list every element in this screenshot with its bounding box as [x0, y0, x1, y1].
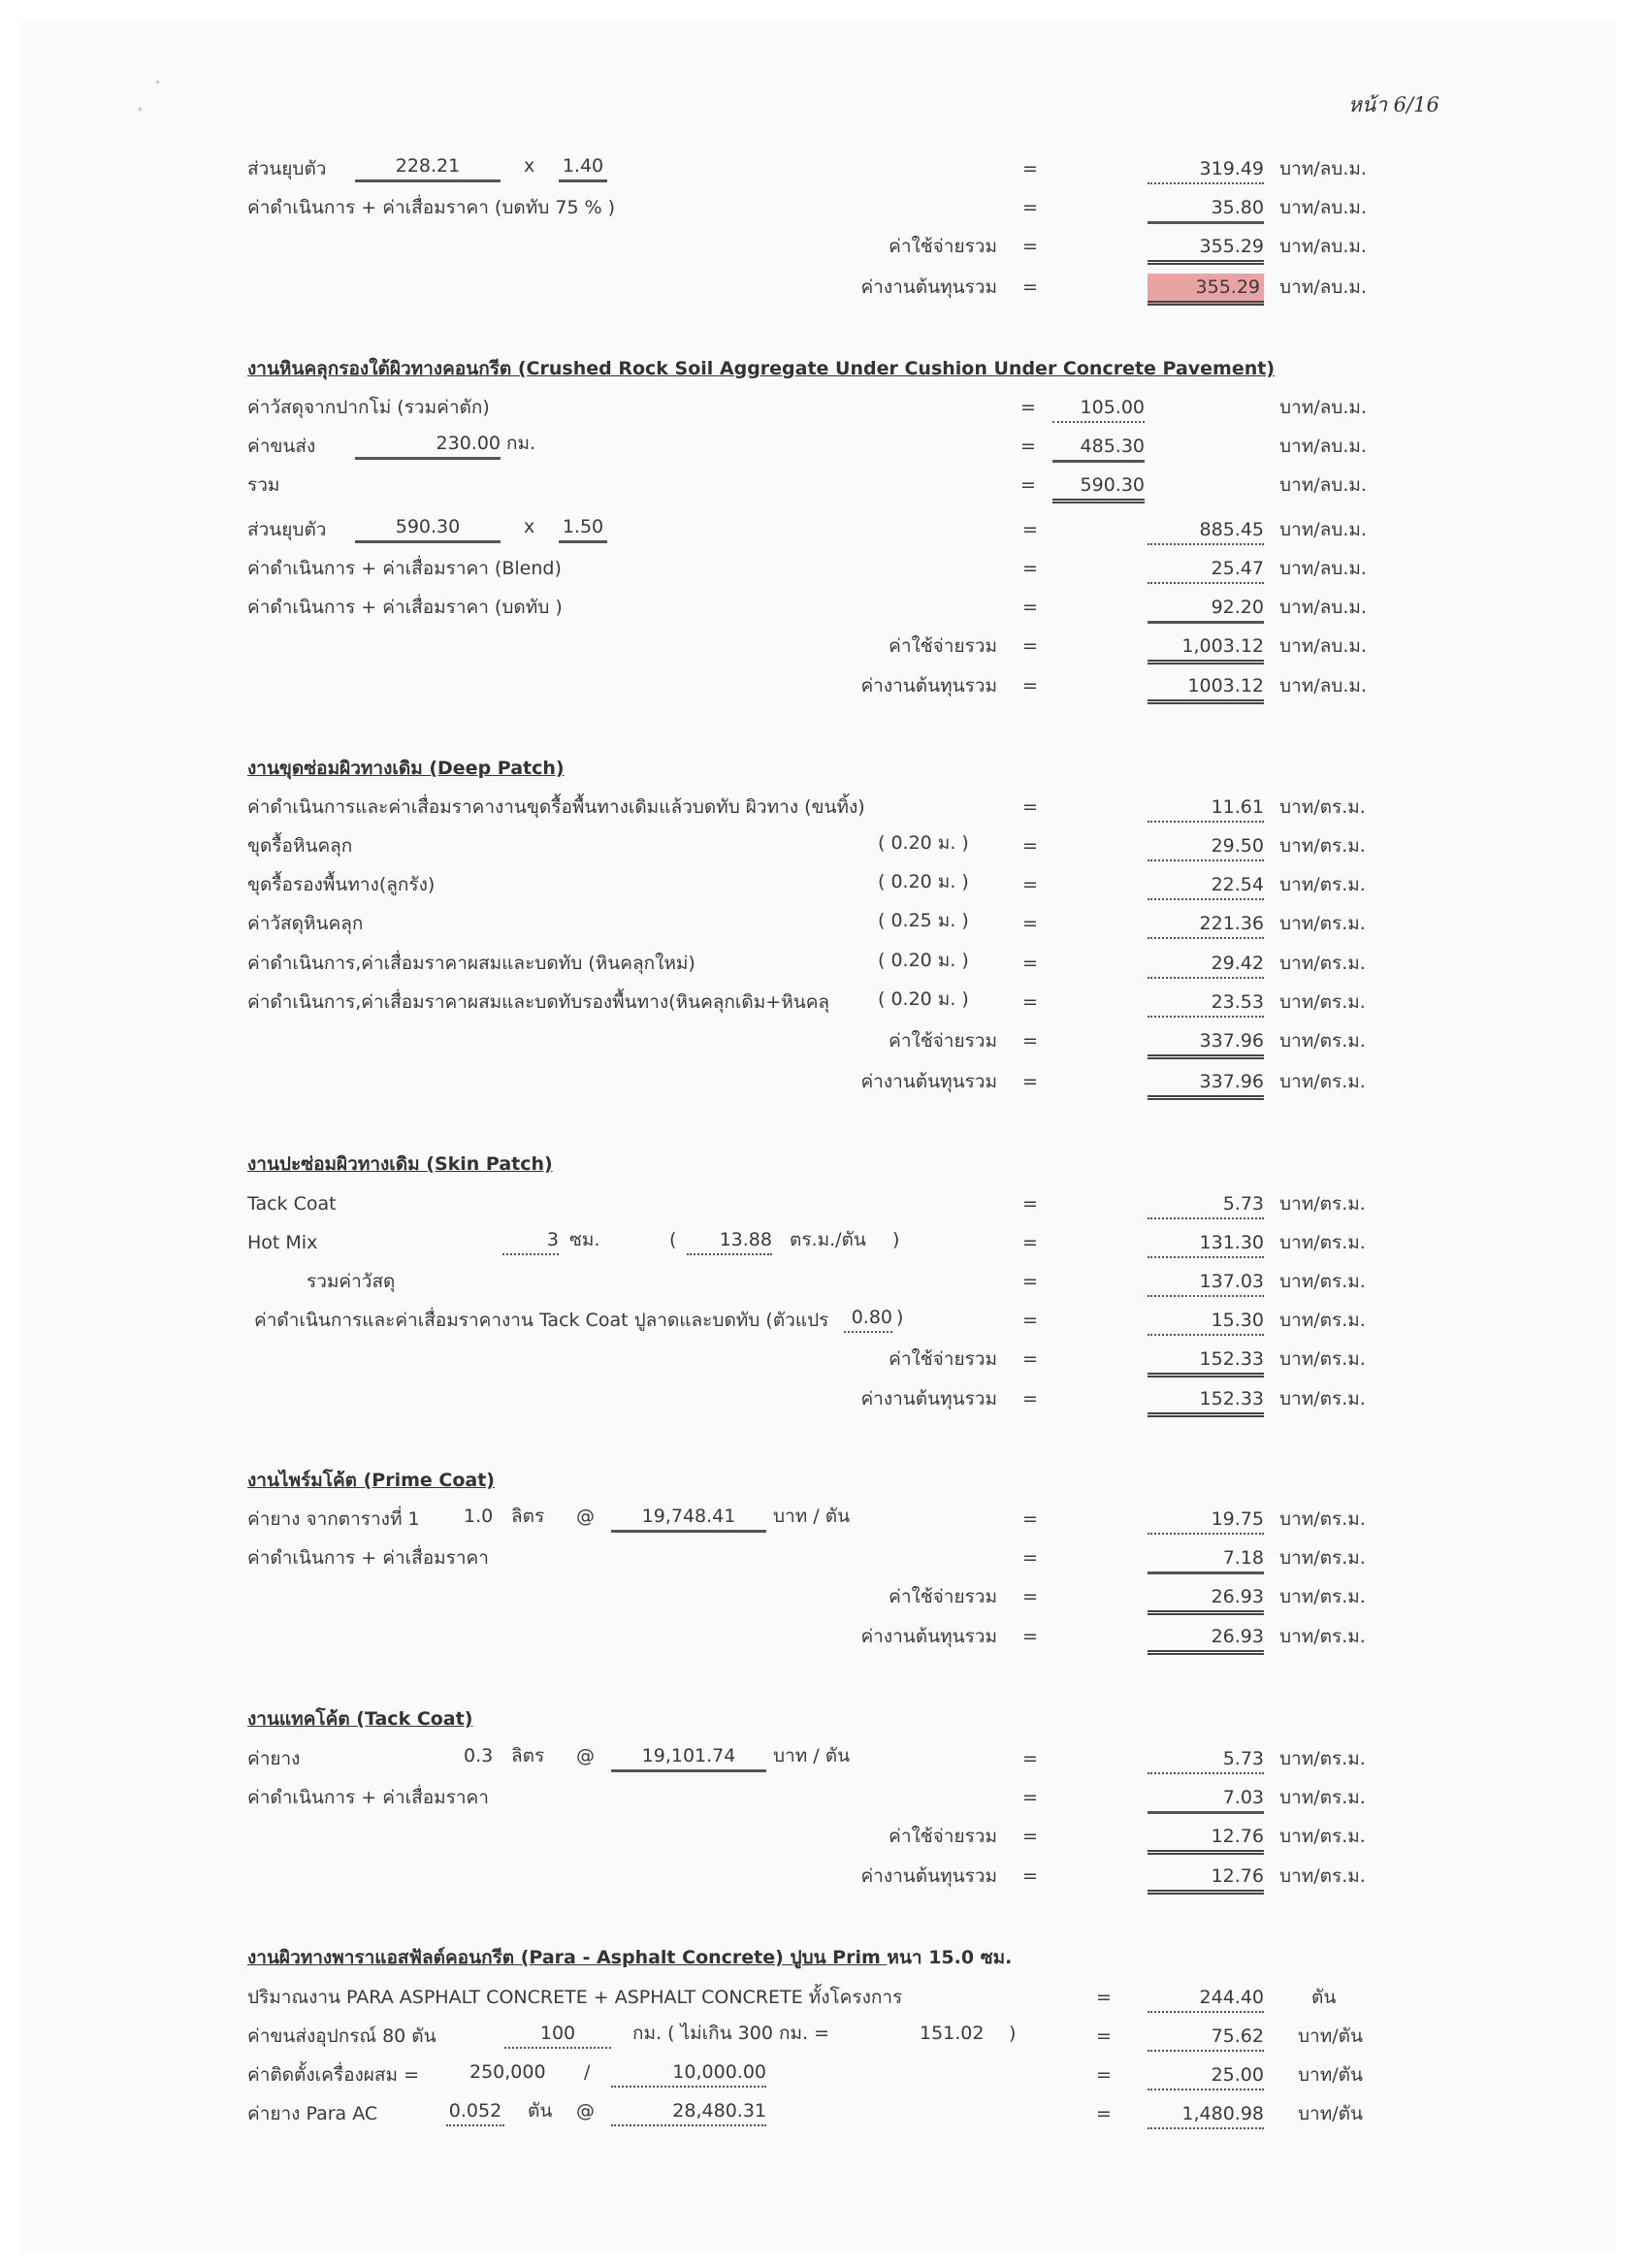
row-value: 11.61 — [1148, 794, 1264, 823]
row-unit: บาท/ลบ.ม. — [1279, 591, 1367, 624]
row-unit: บาท/ลบ.ม. — [1279, 552, 1367, 585]
distance-value: 230.00 — [355, 430, 501, 460]
operator: x — [524, 152, 534, 179]
equals-sign: = — [1022, 191, 1038, 224]
thickness-note: หนา 15.0 ซม. — [887, 1943, 1012, 1972]
equals-sign: = — [1022, 513, 1038, 546]
row-operation-cost: ค่าดำเนินการ + ค่าเสื่อมราคา (บดทับ 75 %… — [0, 191, 1649, 224]
row-value: 485.30 — [1052, 433, 1145, 463]
row-unit: บาท/ตร.ม. — [1279, 1860, 1366, 1893]
row-value: 25.00 — [1148, 2061, 1264, 2090]
row-total-cost: ค่างานต้นทุนรวม = 26.93 บาท/ตร.ม. — [0, 1620, 1649, 1653]
row-value: 5.73 — [1148, 1745, 1264, 1774]
depth-value: ( 0.25 ม. ) — [878, 907, 969, 934]
row-label: รวมค่าวัสดุ — [307, 1265, 395, 1298]
row-value: 22.54 — [1148, 871, 1264, 900]
row-unit: บาท/ลบ.ม. — [1279, 191, 1367, 224]
row-label: ค่าดำเนินการ,ค่าเสื่อมราคาผสมและบดทับรอง… — [247, 986, 829, 1019]
row-compaction: ส่วนยุบตัว 228.21 x 1.40 = 319.49 บาท/ลบ… — [0, 152, 1649, 185]
row-value: 137.03 — [1148, 1268, 1264, 1297]
scan-mark: ﾞ — [155, 78, 162, 97]
row-unit: บาท/ลบ.ม. — [1279, 430, 1367, 463]
row-label: ค่ายาง — [247, 1742, 300, 1775]
equals-sign: = — [1022, 947, 1038, 980]
row-value: 29.50 — [1148, 832, 1264, 861]
row-value: 92.20 — [1148, 594, 1264, 624]
row-excavation-surface: ค่าดำเนินการและค่าเสื่อมราคางานขุดรื้อพื… — [0, 791, 1649, 824]
row-blend-cost: ค่าดำเนินการ + ค่าเสื่อมราคา (Blend) = 2… — [0, 552, 1649, 585]
input-value-a: 228.21 — [355, 152, 501, 182]
paren: ) — [896, 1304, 903, 1331]
row-unit: บาท/ลบ.ม. — [1279, 271, 1367, 304]
row-value: 26.93 — [1148, 1623, 1264, 1655]
row-unit: บาท/ตร.ม. — [1279, 947, 1366, 980]
row-unit: บาท/ตร.ม. — [1279, 1503, 1366, 1536]
row-value: 337.96 — [1148, 1068, 1264, 1100]
quantity-unit: ลิตร — [511, 1503, 544, 1530]
equals-sign: = — [1020, 469, 1036, 502]
row-value: 244.40 — [1148, 1984, 1264, 2013]
row-unit: บาท/ลบ.ม. — [1279, 630, 1367, 663]
row-label: ค่าติดตั้งเครื่องผสม = — [247, 2058, 419, 2091]
row-label: ค่าขนส่งอุปกรณ์ 80 ตัน — [247, 2020, 436, 2053]
paren: ) — [892, 1226, 899, 1253]
section-title-tack-coat: งานแทคโค้ต (Tack Coat) — [247, 1704, 472, 1733]
row-crushed-rock-material: ค่าวัสดุหินคลุก ( 0.25 ม. ) = 221.36 บาท… — [0, 907, 1649, 940]
unit-price: 19,101.74 — [611, 1742, 766, 1772]
operator: x — [524, 513, 534, 540]
row-label: Tack Coat — [247, 1187, 337, 1220]
distance-note: กม. ( ไม่เกิน 300 กม. = — [632, 2020, 829, 2047]
row-unit: บาท/ตัน — [1298, 2058, 1363, 2091]
row-unit: บาท/ลบ.ม. — [1279, 152, 1367, 185]
paren: ) — [1009, 2020, 1016, 2047]
row-value: 319.49 — [1148, 155, 1264, 184]
row-unit: บาท/ตร.ม. — [1279, 1304, 1366, 1337]
price-unit: บาท / ตัน — [773, 1742, 850, 1769]
row-value: 885.45 — [1148, 516, 1264, 545]
price-unit: บาท / ตัน — [773, 1503, 850, 1530]
row-asphalt-cost: ค่ายาง จากตารางที่ 1 1.0 ลิตร @ 19,748.4… — [0, 1503, 1649, 1536]
row-total-cost: ค่างานต้นทุนรวม = 337.96 บาท/ตร.ม. — [0, 1065, 1649, 1098]
equals-sign: = — [1022, 1343, 1038, 1376]
depth-value: ( 0.20 ม. ) — [878, 986, 969, 1013]
row-unit: บาท/ตร.ม. — [1279, 868, 1366, 901]
section-title-prime-coat: งานไพร์มโค้ต (Prime Coat) — [247, 1466, 495, 1495]
equals-sign: = — [1022, 1226, 1038, 1259]
thickness-unit: ซม. — [569, 1226, 599, 1253]
equals-sign: = — [1096, 1981, 1112, 2014]
row-label: ค่าใช้จ่ายรวม — [889, 1580, 997, 1613]
row-label: ส่วนยุบตัว — [247, 152, 326, 185]
row-unit: บาท/ตัน — [1298, 2097, 1363, 2130]
row-unit: บาท/ตร.ม. — [1279, 907, 1366, 940]
row-mixer-setup: ค่าติดตั้งเครื่องผสม = 250,000 / 10,000.… — [0, 2058, 1649, 2091]
row-label: ส่วนยุบตัว — [247, 513, 326, 546]
row-tack-coat: Tack Coat = 5.73 บาท/ตร.ม. — [0, 1187, 1649, 1220]
quantity-unit: ตัน — [528, 2097, 552, 2124]
row-total-cost: ค่างานต้นทุนรวม = 355.29 บาท/ลบ.ม. — [0, 271, 1649, 304]
row-unit: บาท/ลบ.ม. — [1279, 230, 1367, 263]
row-total-expense: ค่าใช้จ่ายรวม = 1,003.12 บาท/ลบ.ม. — [0, 630, 1649, 663]
row-label: ขุดรื้อรองพื้นทาง(ลูกรัง) — [247, 868, 435, 901]
row-transport-cost: ค่าขนส่ง 230.00 กม. = 485.30 บาท/ลบ.ม. — [0, 430, 1649, 463]
row-value: 221.36 — [1148, 910, 1264, 939]
depth-value: ( 0.20 ม. ) — [878, 829, 969, 857]
row-unit: บาท/ลบ.ม. — [1279, 513, 1367, 546]
at-sign: @ — [576, 1503, 595, 1530]
equals-sign: = — [1022, 1860, 1038, 1893]
row-material-subtotal: รวมค่าวัสดุ = 137.03 บาท/ตร.ม. — [0, 1265, 1649, 1298]
section-title-text: งานผิวทางพาราแอสฟัลต์คอนกรีต (Para - Asp… — [247, 1947, 881, 1968]
row-label: ค่างานต้นทุนรวม — [860, 1382, 997, 1415]
equals-sign: = — [1022, 791, 1038, 824]
equals-sign: = — [1022, 1187, 1038, 1220]
row-value: 355.29 — [1148, 233, 1264, 265]
row-unit: บาท/ตร.ม. — [1279, 1065, 1366, 1098]
equals-sign: = — [1022, 1580, 1038, 1613]
equals-sign: = — [1020, 430, 1036, 463]
row-value: 7.18 — [1148, 1544, 1264, 1574]
row-total-cost: ค่างานต้นทุนรวม = 1003.12 บาท/ลบ.ม. — [0, 669, 1649, 702]
row-value: 7.03 — [1148, 1784, 1264, 1814]
row-value: 35.80 — [1148, 194, 1264, 224]
row-label: ค่าใช้จ่ายรวม — [889, 630, 997, 663]
quantity-value: 1.0 — [464, 1503, 493, 1530]
row-unit: บาท/ตร.ม. — [1279, 1820, 1366, 1853]
quantity-value: 0.3 — [464, 1742, 493, 1769]
row-value: 75.62 — [1148, 2023, 1264, 2052]
section-title-crushed-rock: งานหินคลุกรองใต้ผิวทางคอนกรีต (Crushed R… — [247, 354, 1275, 383]
row-label: ค่าวัสดุหินคลุก — [247, 907, 363, 940]
row-tack-coat-operation: ค่าดำเนินการและค่าเสื่อมราคางาน Tack Coa… — [0, 1304, 1649, 1337]
depth-value: ( 0.20 ม. ) — [878, 947, 969, 974]
row-label: ค่าดำเนินการ,ค่าเสื่อมราคาผสมและบดทับ (ห… — [247, 947, 695, 980]
row-label: ค่าขนส่ง — [247, 430, 315, 463]
at-sign: @ — [576, 1742, 595, 1769]
factor-value: 0.80 — [844, 1304, 892, 1333]
unit-price: 19,748.41 — [611, 1503, 766, 1533]
row-label: รวม — [247, 469, 279, 502]
row-excavate-crushed-rock: ขุดรื้อหินคลุก ( 0.20 ม. ) = 29.50 บาท/ต… — [0, 829, 1649, 862]
section-title-para-ac: งานผิวทางพาราแอสฟัลต์คอนกรีต (Para - Asp… — [247, 1943, 1012, 1972]
row-value: 15.30 — [1148, 1307, 1264, 1336]
row-unit: บาท/ตร.ม. — [1279, 1343, 1366, 1376]
row-unit: บาท/ตร.ม. — [1279, 1024, 1366, 1057]
row-mix-compact-new: ค่าดำเนินการ,ค่าเสื่อมราคาผสมและบดทับ (ห… — [0, 947, 1649, 980]
row-unit: บาท/ตร.ม. — [1279, 1742, 1366, 1775]
row-total-expense: ค่าใช้จ่ายรวม = 152.33 บาท/ตร.ม. — [0, 1343, 1649, 1376]
row-value: 152.33 — [1148, 1345, 1264, 1377]
row-unit: บาท/ลบ.ม. — [1279, 669, 1367, 702]
row-label: ค่าดำเนินการและค่าเสื่อมราคางานขุดรื้อพื… — [247, 791, 865, 824]
row-equipment-transport: ค่าขนส่งอุปกรณ์ 80 ตัน 100 กม. ( ไม่เกิน… — [0, 2020, 1649, 2053]
coverage-value: 13.88 — [687, 1226, 772, 1255]
row-value: 131.30 — [1148, 1229, 1264, 1258]
input-value-a: 590.30 — [355, 513, 501, 543]
equals-sign: = — [1022, 1541, 1038, 1574]
equals-sign: = — [1022, 1820, 1038, 1853]
page-number: หน้า 6/16 — [1348, 89, 1439, 121]
equals-sign: = — [1022, 230, 1038, 263]
row-value: 105.00 — [1052, 394, 1145, 423]
max-cost-value: 151.02 — [920, 2020, 984, 2047]
row-subtotal: รวม = 590.30 บาท/ลบ.ม. — [0, 469, 1649, 502]
row-total-expense: ค่าใช้จ่ายรวม = 26.93 บาท/ตร.ม. — [0, 1580, 1649, 1613]
row-value: 26.93 — [1148, 1583, 1264, 1615]
row-label: ปริมาณงาน PARA ASPHALT CONCRETE + ASPHAL… — [247, 1981, 902, 2014]
equals-sign: = — [1022, 829, 1038, 862]
row-compaction-cost: ค่าดำเนินการ + ค่าเสื่อมราคา (บดทับ ) = … — [0, 591, 1649, 624]
equals-sign: = — [1022, 986, 1038, 1019]
row-label: ค่าดำเนินการและค่าเสื่อมราคางาน Tack Coa… — [254, 1304, 828, 1337]
row-value: 25.47 — [1148, 555, 1264, 584]
equals-sign: = — [1022, 1781, 1038, 1814]
row-label: ค่ายาง จากตารางที่ 1 — [247, 1503, 420, 1536]
scan-mark: ﾞ — [138, 105, 145, 124]
row-unit: บาท/ตร.ม. — [1279, 1187, 1366, 1220]
section-title-deep-patch: งานขุดซ่อมผิวทางเดิม (Deep Patch) — [247, 754, 565, 783]
row-value: 152.33 — [1148, 1385, 1264, 1417]
row-value: 337.96 — [1148, 1027, 1264, 1059]
row-unit: บาท/ตร.ม. — [1279, 1620, 1366, 1653]
row-label: ค่าดำเนินการ + ค่าเสื่อมราคา — [247, 1781, 489, 1814]
equals-sign: = — [1022, 630, 1038, 663]
equals-sign: = — [1022, 868, 1038, 901]
row-value: 29.42 — [1148, 950, 1264, 979]
row-label: ค่าใช้จ่ายรวม — [889, 1820, 997, 1853]
divisor-value: 10,000.00 — [611, 2058, 766, 2088]
row-value: 1,003.12 — [1148, 632, 1264, 664]
row-value: 23.53 — [1148, 988, 1264, 1018]
distance-value: 100 — [504, 2020, 611, 2049]
row-label: ค่าวัสดุจากปากโม่ (รวมค่าตัก) — [247, 391, 490, 424]
row-mix-compact-subbase: ค่าดำเนินการ,ค่าเสื่อมราคาผสมและบดทับรอง… — [0, 986, 1649, 1019]
equals-sign: = — [1022, 1503, 1038, 1536]
equals-sign: = — [1022, 1065, 1038, 1098]
equals-sign: = — [1022, 1024, 1038, 1057]
row-para-ac-asphalt: ค่ายาง Para AC 0.052 ตัน @ 28,480.31 = 1… — [0, 2097, 1649, 2130]
row-label: ค่าดำเนินการ + ค่าเสื่อมราคา (Blend) — [247, 552, 562, 585]
operator: / — [584, 2058, 590, 2086]
equals-sign: = — [1022, 552, 1038, 585]
row-unit: บาท/ตร.ม. — [1279, 1265, 1366, 1298]
depth-value: ( 0.20 ม. ) — [878, 868, 969, 895]
coverage-unit: ตร.ม./ตัน — [790, 1226, 866, 1253]
row-label: ขุดรื้อหินคลุก — [247, 829, 352, 862]
at-sign: @ — [576, 2097, 595, 2124]
row-value: 1,480.98 — [1148, 2100, 1264, 2129]
row-unit: บาท/ตร.ม. — [1279, 791, 1366, 824]
row-label: ค่ายาง Para AC — [247, 2097, 377, 2130]
row-operation-cost: ค่าดำเนินการ + ค่าเสื่อมราคา = 7.18 บาท/… — [0, 1541, 1649, 1574]
section-title-skin-patch: งานปะซ่อมผิวทางเดิม (Skin Patch) — [247, 1150, 553, 1179]
row-total-expense: ค่าใช้จ่ายรวม = 337.96 บาท/ตร.ม. — [0, 1024, 1649, 1057]
equals-sign: = — [1022, 271, 1038, 304]
equals-sign: = — [1022, 1265, 1038, 1298]
row-label: ค่าดำเนินการ + ค่าเสื่อมราคา (บดทับ 75 %… — [247, 191, 615, 224]
row-label: ค่างานต้นทุนรวม — [860, 271, 997, 304]
row-quantity: ปริมาณงาน PARA ASPHALT CONCRETE + ASPHAL… — [0, 1981, 1649, 2014]
row-label: ค่างานต้นทุนรวม — [860, 1860, 997, 1893]
row-label: ค่างานต้นทุนรวม — [860, 1620, 997, 1653]
row-unit: บาท/ตร.ม. — [1279, 986, 1366, 1019]
row-material-cost: ค่าวัสดุจากปากโม่ (รวมค่าตัก) = 105.00 บ… — [0, 391, 1649, 424]
row-label: ค่าดำเนินการ + ค่าเสื่อมราคา — [247, 1541, 489, 1574]
row-total-expense: ค่าใช้จ่ายรวม = 12.76 บาท/ตร.ม. — [0, 1820, 1649, 1853]
unit-price: 28,480.31 — [611, 2097, 766, 2126]
equals-sign: = — [1022, 669, 1038, 702]
row-value: 1003.12 — [1148, 672, 1264, 704]
paren: ( — [669, 1226, 676, 1253]
row-total-cost: ค่างานต้นทุนรวม = 12.76 บาท/ตร.ม. — [0, 1860, 1649, 1893]
row-label: ค่าใช้จ่ายรวม — [889, 1024, 997, 1057]
input-value-b: 1.40 — [559, 152, 607, 182]
row-total-expense: ค่าใช้จ่ายรวม = 355.29 บาท/ลบ.ม. — [0, 230, 1649, 263]
row-unit: บาท/ตร.ม. — [1279, 1541, 1366, 1574]
highlighted-total-value: 355.29 — [1148, 274, 1264, 306]
setup-cost: 250,000 — [469, 2058, 546, 2086]
row-value: 590.30 — [1052, 471, 1145, 503]
row-total-cost: ค่างานต้นทุนรวม = 152.33 บาท/ตร.ม. — [0, 1382, 1649, 1415]
row-unit: บาท/ตัน — [1298, 2020, 1363, 2053]
row-label: ค่างานต้นทุนรวม — [860, 1065, 997, 1098]
row-label: ค่าใช้จ่ายรวม — [889, 230, 997, 263]
equals-sign: = — [1022, 1382, 1038, 1415]
thickness-value: 3 — [502, 1226, 559, 1255]
row-unit: บาท/ลบ.ม. — [1279, 391, 1367, 424]
row-value: 19.75 — [1148, 1506, 1264, 1535]
row-unit: บาท/ตร.ม. — [1279, 829, 1366, 862]
row-compaction: ส่วนยุบตัว 590.30 x 1.50 = 885.45 บาท/ลบ… — [0, 513, 1649, 546]
row-excavate-subbase: ขุดรื้อรองพื้นทาง(ลูกรัง) ( 0.20 ม. ) = … — [0, 868, 1649, 901]
row-unit: บาท/ลบ.ม. — [1279, 469, 1367, 502]
quantity-value: 0.052 — [446, 2097, 504, 2126]
distance-unit: กม. — [506, 430, 535, 457]
row-value: 5.73 — [1148, 1190, 1264, 1219]
equals-sign: = — [1022, 1742, 1038, 1775]
row-hot-mix: Hot Mix 3 ซม. ( 13.88 ตร.ม./ตัน ) = 131.… — [0, 1226, 1649, 1259]
row-unit: บาท/ตร.ม. — [1279, 1382, 1366, 1415]
row-operation-cost: ค่าดำเนินการ + ค่าเสื่อมราคา = 7.03 บาท/… — [0, 1781, 1649, 1814]
row-unit: ตัน — [1311, 1981, 1336, 2014]
equals-sign: = — [1020, 391, 1036, 424]
row-label: ค่าดำเนินการ + ค่าเสื่อมราคา (บดทับ ) — [247, 591, 563, 624]
row-asphalt-cost: ค่ายาง 0.3 ลิตร @ 19,101.74 บาท / ตัน = … — [0, 1742, 1649, 1775]
row-unit: บาท/ตร.ม. — [1279, 1580, 1366, 1613]
equals-sign: = — [1022, 907, 1038, 940]
equals-sign: = — [1096, 2058, 1112, 2091]
equals-sign: = — [1022, 152, 1038, 185]
equals-sign: = — [1022, 591, 1038, 624]
row-label: ค่างานต้นทุนรวม — [860, 669, 997, 702]
row-label: Hot Mix — [247, 1226, 317, 1259]
equals-sign: = — [1096, 2020, 1112, 2053]
row-label: ค่าใช้จ่ายรวม — [889, 1343, 997, 1376]
row-unit: บาท/ตร.ม. — [1279, 1781, 1366, 1814]
equals-sign: = — [1022, 1620, 1038, 1653]
equals-sign: = — [1096, 2097, 1112, 2130]
row-value: 12.76 — [1148, 1823, 1264, 1855]
row-value: 12.76 — [1148, 1863, 1264, 1895]
input-value-b: 1.50 — [559, 513, 607, 543]
equals-sign: = — [1022, 1304, 1038, 1337]
quantity-unit: ลิตร — [511, 1742, 544, 1769]
row-unit: บาท/ตร.ม. — [1279, 1226, 1366, 1259]
